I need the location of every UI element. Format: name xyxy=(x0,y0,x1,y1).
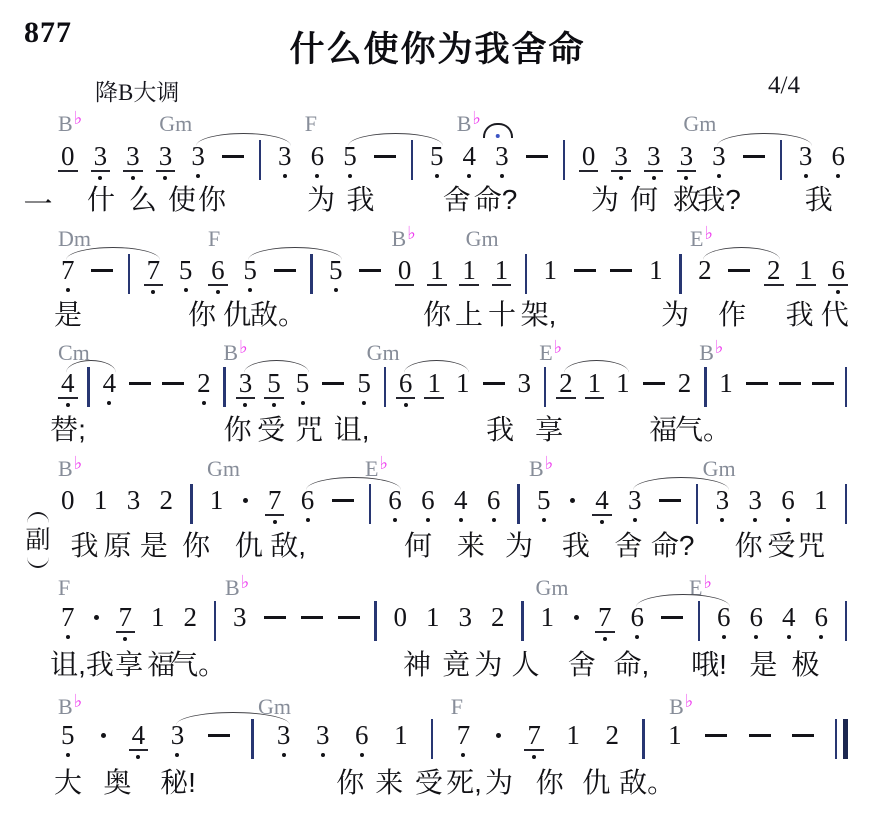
lyric-syllable: 你 xyxy=(336,767,364,799)
low-octave-dot xyxy=(123,637,127,641)
chord-label-gm: Gm xyxy=(703,457,736,481)
note-1: 1 xyxy=(563,721,583,749)
low-octave-dot xyxy=(404,403,408,407)
lyric-syllable: 受 xyxy=(415,767,443,799)
chord-label-gm: Gm xyxy=(683,112,716,136)
chord-label-bb: B♭ xyxy=(58,457,82,482)
note-3: 3 xyxy=(156,142,176,180)
low-octave-dot xyxy=(348,174,352,178)
verse-marker: 一 xyxy=(14,182,62,223)
lyric-syllable: 极 xyxy=(791,649,819,681)
note-5: 5 xyxy=(240,256,260,292)
low-octave-dot xyxy=(652,176,656,180)
lyric-syllable: 是 xyxy=(140,530,168,562)
low-octave-dot xyxy=(175,753,179,757)
lyric-syllable: 为 xyxy=(591,184,619,216)
note-1: 1 xyxy=(459,256,479,286)
note-1: 1 xyxy=(716,369,736,397)
note-1: 1 xyxy=(541,256,561,284)
lyric-syllable: 原 xyxy=(103,530,131,562)
dash-note xyxy=(263,603,287,619)
barline xyxy=(844,603,848,641)
note-1: 1 xyxy=(207,486,227,514)
note-6: 6 xyxy=(308,142,328,178)
lyric-syllable: 替; xyxy=(50,414,86,446)
low-octave-dot xyxy=(684,176,688,180)
low-octave-dot xyxy=(282,753,286,757)
lyric-syllable: 你 xyxy=(536,767,564,799)
low-octave-dot xyxy=(600,520,604,524)
lyric-syllable: 享 xyxy=(115,649,143,681)
chord-label-bb: B♭ xyxy=(58,112,82,137)
low-octave-dot xyxy=(720,518,724,522)
note-3: 3 xyxy=(709,142,729,178)
note-6: 6 xyxy=(778,486,798,522)
slur-arc xyxy=(717,133,812,146)
low-octave-dot xyxy=(500,174,504,178)
note-3: 3 xyxy=(168,721,188,757)
lyric-syllable: 诅, xyxy=(50,649,86,681)
low-octave-dot xyxy=(216,290,220,294)
dash-note xyxy=(573,256,597,272)
low-octave-dot xyxy=(196,174,200,178)
low-octave-dot xyxy=(273,520,277,524)
lyric-syllable: 敌。 xyxy=(250,299,306,331)
key-signature: 降B大调 xyxy=(95,74,179,107)
note-3: 3 xyxy=(456,603,476,631)
low-octave-dot xyxy=(131,176,135,180)
dash-note xyxy=(791,721,815,737)
barline xyxy=(374,603,378,641)
slur-arc xyxy=(703,247,780,260)
slur-arc xyxy=(404,360,469,373)
low-octave-dot xyxy=(461,753,465,757)
note-2: 2 xyxy=(602,721,622,749)
chord-label-dm: Dm xyxy=(58,227,91,251)
low-octave-dot xyxy=(360,753,364,757)
low-octave-dot xyxy=(836,290,840,294)
note-7: 7 xyxy=(454,721,474,757)
note-3: 3 xyxy=(677,142,697,180)
flat-symbol: ♭ xyxy=(715,337,724,357)
chord-label-bb: B♭ xyxy=(225,576,249,601)
chord-label-gm: Gm xyxy=(536,576,569,600)
low-octave-dot xyxy=(243,403,247,407)
note-3: 3 xyxy=(611,142,631,180)
lyric-syllable: 你 xyxy=(224,414,252,446)
note-3: 3 xyxy=(313,721,333,757)
note-1: 1 xyxy=(811,486,831,514)
lyric-syllable: 为 xyxy=(485,767,513,799)
note-3: 3 xyxy=(236,369,256,407)
note-row-4: 013217666465433361 xyxy=(58,486,848,532)
flat-symbol: ♭ xyxy=(74,453,83,473)
note-7: 7 xyxy=(144,256,164,294)
slur-arc xyxy=(348,133,443,146)
barline xyxy=(250,721,254,759)
lyric-syllable: 气。 xyxy=(675,414,731,446)
note-1: 1 xyxy=(91,486,111,514)
barline xyxy=(697,603,701,641)
note-7: 7 xyxy=(265,486,285,524)
barline xyxy=(258,142,262,180)
note-1: 1 xyxy=(424,369,444,399)
lyric-syllable: 诅, xyxy=(334,414,370,446)
note-6: 6 xyxy=(812,603,832,639)
note-6: 6 xyxy=(628,603,648,639)
low-octave-dot xyxy=(633,518,637,522)
note-1: 1 xyxy=(391,721,411,749)
chord-label-gm: Gm xyxy=(207,457,240,481)
lyric-syllable: 竟 xyxy=(442,649,470,681)
note-7: 7 xyxy=(58,603,78,639)
note-6: 6 xyxy=(828,256,848,294)
lyric-syllable: 十 xyxy=(488,299,516,331)
note-row-3: 4423555611321121 xyxy=(58,369,848,415)
lyric-syllable: 为 xyxy=(307,184,335,216)
augmentation-dot xyxy=(91,603,103,620)
augmentation-dot xyxy=(97,721,109,738)
note-4: 4 xyxy=(451,486,471,522)
note-6: 6 xyxy=(714,603,734,639)
low-octave-dot xyxy=(787,635,791,639)
chord-label-f: F xyxy=(305,112,317,136)
low-octave-dot xyxy=(107,401,111,405)
low-octave-dot xyxy=(184,288,188,292)
note-3: 3 xyxy=(123,142,143,180)
chord-label-eb: E♭ xyxy=(539,341,562,366)
flat-symbol: ♭ xyxy=(379,453,388,473)
note-6: 6 xyxy=(385,486,405,522)
low-octave-dot xyxy=(492,518,496,522)
lyric-syllable: 我 xyxy=(562,530,590,562)
barline xyxy=(410,142,414,180)
lyric-syllable: 我 xyxy=(786,299,814,331)
lyric-syllable: 上 xyxy=(455,299,483,331)
note-0: 0 xyxy=(395,256,415,286)
chord-label-f: F xyxy=(58,576,70,600)
lyric-syllable: 来 xyxy=(457,530,485,562)
chord-label-bb: B♭ xyxy=(457,112,481,137)
augmentation-dot xyxy=(493,721,505,738)
note-4: 4 xyxy=(592,486,612,524)
note-3: 3 xyxy=(274,721,294,757)
low-octave-dot xyxy=(66,635,70,639)
barline xyxy=(562,142,566,180)
lyric-syllable: 代 xyxy=(821,299,849,331)
chord-label-bb: B♭ xyxy=(699,341,723,366)
augmentation-dot xyxy=(570,603,582,620)
flat-symbol: ♭ xyxy=(239,337,248,357)
dash-note xyxy=(609,256,633,272)
low-octave-dot xyxy=(334,288,338,292)
dash-note xyxy=(482,369,506,385)
chorus-label: 副 xyxy=(25,525,50,555)
lyric-syllable: 命? xyxy=(651,530,695,562)
chord-label-eb: E♭ xyxy=(690,227,713,252)
flat-symbol: ♭ xyxy=(554,337,563,357)
lyric-syllable: 我? xyxy=(697,184,741,216)
note-1: 1 xyxy=(423,603,443,631)
note-0: 0 xyxy=(579,142,599,172)
chord-label-gm: Gm xyxy=(367,341,400,365)
note-5: 5 xyxy=(427,142,447,178)
lyric-syllable: 受 xyxy=(257,414,285,446)
low-octave-dot xyxy=(283,174,287,178)
low-octave-dot xyxy=(66,288,70,292)
lyric-syllable: 秘! xyxy=(160,767,196,799)
note-5: 5 xyxy=(340,142,360,178)
note-3: 3 xyxy=(230,603,250,631)
low-octave-dot xyxy=(435,174,439,178)
lyric-syllable: 我 xyxy=(86,649,114,681)
dash-note xyxy=(358,256,382,272)
low-octave-dot xyxy=(301,401,305,405)
augmentation-dot xyxy=(567,486,579,503)
lyric-syllable: 来 xyxy=(375,767,403,799)
low-octave-dot xyxy=(272,403,276,407)
lyric-syllable: 仇 xyxy=(582,767,610,799)
low-octave-dot xyxy=(836,174,840,178)
chord-label-bb: B♭ xyxy=(223,341,247,366)
low-octave-dot xyxy=(467,174,471,178)
slur-arc xyxy=(564,360,629,373)
dash-note xyxy=(745,369,769,385)
note-3: 3 xyxy=(275,142,295,178)
low-octave-dot xyxy=(532,755,536,759)
dash-note xyxy=(161,369,185,385)
note-1: 1 xyxy=(148,603,168,631)
note-3: 3 xyxy=(796,142,816,178)
flat-symbol: ♭ xyxy=(472,108,481,128)
barline xyxy=(543,369,547,407)
lyric-syllable: 为 xyxy=(505,530,533,562)
chord-label-gm: Gm xyxy=(466,227,499,251)
lyric-syllable: 哦! xyxy=(691,649,727,681)
chord-label-f: F xyxy=(208,227,220,251)
note-2: 2 xyxy=(764,256,784,286)
lyric-syllable: 死, xyxy=(446,767,482,799)
low-octave-dot xyxy=(321,753,325,757)
note-3: 3 xyxy=(492,142,512,178)
slur-arc xyxy=(244,360,309,373)
note-3: 3 xyxy=(713,486,733,522)
barline xyxy=(430,721,434,759)
lyric-syllable: 气。 xyxy=(170,649,226,681)
barline xyxy=(517,486,521,524)
note-1: 1 xyxy=(665,721,685,749)
lyric-syllable: 敌。 xyxy=(619,767,675,799)
dash-note xyxy=(811,369,835,385)
low-octave-dot xyxy=(786,518,790,522)
low-octave-dot xyxy=(202,401,206,405)
lyric-syllable: 命, xyxy=(614,649,650,681)
low-octave-dot xyxy=(315,174,319,178)
barline xyxy=(309,256,313,294)
low-octave-dot xyxy=(151,290,155,294)
hymn-title: 什么使你为我舍命 xyxy=(0,22,875,72)
slur-arc xyxy=(248,247,342,260)
lyric-syllable: 是 xyxy=(54,299,82,331)
lyric-syllable: 舍 xyxy=(614,530,642,562)
note-3: 3 xyxy=(745,486,765,522)
lyric-syllable: 架, xyxy=(521,299,557,331)
dash-note xyxy=(778,369,802,385)
note-1: 1 xyxy=(453,369,473,397)
low-octave-dot xyxy=(804,174,808,178)
note-4: 4 xyxy=(100,369,120,405)
note-1: 1 xyxy=(427,256,447,286)
lyric-syllable: 使 xyxy=(168,184,196,216)
lyric-syllable: 你 xyxy=(198,184,226,216)
low-octave-dot xyxy=(362,401,366,405)
note-2: 2 xyxy=(556,369,576,399)
barline xyxy=(703,369,707,407)
paren-bottom-icon xyxy=(27,557,49,568)
lyric-syllable: 奥 xyxy=(103,767,131,799)
low-octave-dot xyxy=(603,637,607,641)
note-3: 3 xyxy=(91,142,111,180)
chord-label-bb: B♭ xyxy=(392,227,416,252)
flat-symbol: ♭ xyxy=(74,691,83,711)
note-3: 3 xyxy=(625,486,645,522)
lyric-syllable: 敌, xyxy=(270,530,306,562)
slur-arc xyxy=(196,133,291,146)
lyric-syllable: 咒 xyxy=(797,530,825,562)
barline xyxy=(779,142,783,180)
note-6: 6 xyxy=(396,369,416,407)
note-2: 2 xyxy=(194,369,214,405)
barline xyxy=(521,603,525,641)
lyric-syllable: 何 xyxy=(404,530,432,562)
lyric-syllable: 你 xyxy=(735,530,763,562)
lyric-syllable: 为 xyxy=(661,299,689,331)
lyric-syllable: 舍 xyxy=(443,184,471,216)
low-octave-dot xyxy=(542,518,546,522)
flat-symbol: ♭ xyxy=(703,572,712,592)
note-7: 7 xyxy=(524,721,544,759)
chord-label-bb: B♭ xyxy=(669,695,693,720)
low-octave-dot xyxy=(459,518,463,522)
barline xyxy=(695,486,699,524)
barline xyxy=(213,603,217,641)
note-1: 1 xyxy=(492,256,512,286)
low-octave-dot xyxy=(66,753,70,757)
barline xyxy=(678,256,682,294)
note-row-2: 7756550111112216 xyxy=(58,256,848,302)
note-0: 0 xyxy=(58,486,78,514)
low-octave-dot xyxy=(66,403,70,407)
chorus-marker: 副 xyxy=(16,512,60,568)
lyric-syllable: 咒 xyxy=(295,414,323,446)
note-5: 5 xyxy=(354,369,374,405)
low-octave-dot xyxy=(136,755,140,759)
barline xyxy=(127,256,131,294)
note-1: 1 xyxy=(538,603,558,631)
dash-note xyxy=(704,721,728,737)
note-0: 0 xyxy=(58,142,78,172)
augmentation-dot xyxy=(240,486,252,503)
lyric-syllable: 舍 xyxy=(568,649,596,681)
note-2: 2 xyxy=(488,603,508,631)
barline xyxy=(189,486,193,524)
note-7: 7 xyxy=(58,256,78,292)
lyric-syllable: 大 xyxy=(54,767,82,799)
lyric-syllable: 仇 xyxy=(223,299,251,331)
slur-arc xyxy=(636,594,730,607)
lyric-syllable: 仇 xyxy=(235,530,263,562)
note-5: 5 xyxy=(293,369,313,405)
flat-symbol: ♭ xyxy=(74,108,83,128)
hymn-sheet-page: 877 什么使你为我舍命 降B大调 4/4 033333655430333336… xyxy=(0,0,875,823)
lyric-syllable: 我 xyxy=(346,184,374,216)
barline xyxy=(844,486,848,524)
low-octave-dot xyxy=(754,635,758,639)
note-row-5: 7712301321766646 xyxy=(58,603,848,649)
note-4: 4 xyxy=(129,721,149,759)
low-octave-dot xyxy=(306,518,310,522)
flat-symbol: ♭ xyxy=(407,223,416,243)
barline xyxy=(368,486,372,524)
lyric-syllable: 受 xyxy=(767,530,795,562)
flat-symbol: ♭ xyxy=(685,691,694,711)
low-octave-dot xyxy=(426,518,430,522)
note-3: 3 xyxy=(515,369,535,397)
dash-note xyxy=(525,142,549,158)
note-4: 4 xyxy=(58,369,78,407)
final-barline xyxy=(835,721,848,759)
note-2: 2 xyxy=(181,603,201,631)
lyric-syllable: 福 xyxy=(649,414,677,446)
lyric-syllable: 享 xyxy=(535,414,563,446)
low-octave-dot xyxy=(98,176,102,180)
time-signature: 4/4 xyxy=(768,72,800,100)
note-7: 7 xyxy=(595,603,615,641)
low-octave-dot xyxy=(753,518,757,522)
note-6: 6 xyxy=(298,486,318,522)
lyric-syllable: 你 xyxy=(182,530,210,562)
dash-note xyxy=(642,369,666,385)
low-octave-dot xyxy=(163,176,167,180)
note-6: 6 xyxy=(747,603,767,639)
paren-top-icon xyxy=(27,512,49,523)
note-3: 3 xyxy=(124,486,144,514)
note-6: 6 xyxy=(828,142,848,178)
lyric-syllable: 命? xyxy=(474,184,518,216)
dash-note xyxy=(337,603,361,619)
lyric-syllable: 为 xyxy=(474,649,502,681)
fermata-icon xyxy=(483,123,513,138)
low-octave-dot xyxy=(722,635,726,639)
dash-note xyxy=(321,369,345,385)
flat-symbol: ♭ xyxy=(545,453,554,473)
dash-note xyxy=(128,369,152,385)
barline xyxy=(642,721,646,759)
note-row-1: 033333655430333336 xyxy=(58,142,848,188)
note-4: 4 xyxy=(779,603,799,639)
barline xyxy=(524,256,528,294)
note-2: 2 xyxy=(675,369,695,397)
note-7: 7 xyxy=(116,603,136,641)
note-3: 3 xyxy=(188,142,208,178)
lyric-syllable: 么 xyxy=(129,184,157,216)
chord-label-bb: B♭ xyxy=(529,457,553,482)
chord-label-f: F xyxy=(451,695,463,719)
low-octave-dot xyxy=(717,174,721,178)
lyric-syllable: 人 xyxy=(511,649,539,681)
note-5: 5 xyxy=(326,256,346,292)
note-1: 1 xyxy=(646,256,666,284)
